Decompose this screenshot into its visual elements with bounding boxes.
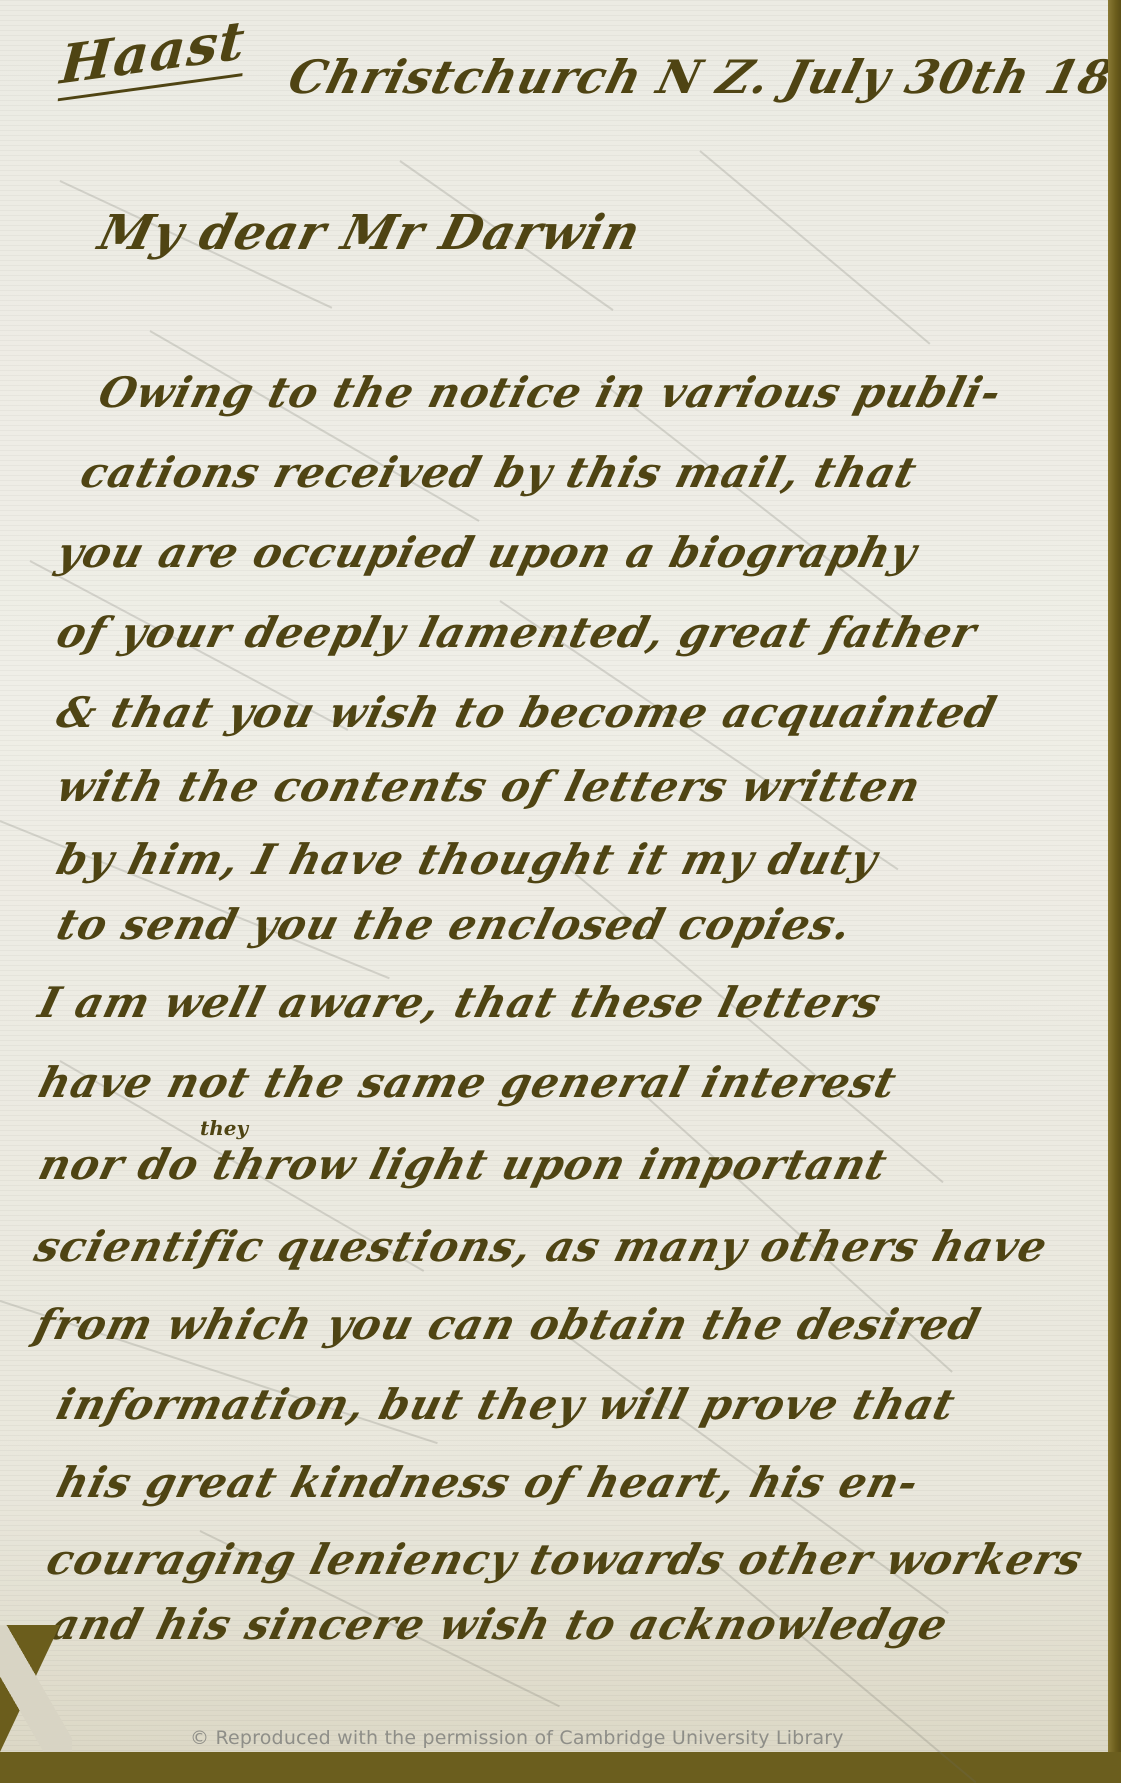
body-line: from which you can obtain the desired bbox=[30, 1300, 986, 1349]
folded-corner-paper bbox=[0, 1625, 72, 1752]
insertion-mark: they bbox=[200, 1116, 248, 1140]
dateline: Christchurch N Z. July 30th 1882 bbox=[283, 50, 1121, 104]
body-line: by him, I have thought it my duty bbox=[52, 835, 883, 884]
copyright-caption: © Reproduced with the permission of Camb… bbox=[190, 1727, 844, 1749]
body-line: scientific questions, as many others hav… bbox=[30, 1222, 1053, 1271]
body-line: nor do throw light upon important bbox=[34, 1140, 893, 1189]
body-line: of your deeply lamented, great father bbox=[52, 608, 982, 657]
body-line: his great kindness of heart, his en- bbox=[52, 1458, 924, 1507]
salutation: My dear Mr Darwin bbox=[93, 205, 647, 261]
body-line: cations received by this mail, that bbox=[76, 448, 922, 497]
reference-name: Haast bbox=[58, 8, 248, 102]
letter-page: Haast Christchurch N Z. July 30th 1882 M… bbox=[0, 0, 1108, 1752]
body-line: to send you the enclosed copies. bbox=[52, 900, 857, 949]
body-line: couraging leniency towards other workers bbox=[42, 1535, 1088, 1584]
page-edge bbox=[1108, 0, 1121, 1752]
body-line: I am well aware, that these letters bbox=[34, 978, 887, 1027]
body-line: you are occupied upon a biography bbox=[52, 528, 922, 577]
body-line: & that you wish to become acquainted bbox=[52, 688, 1002, 737]
body-line: information, but they will prove that bbox=[52, 1380, 961, 1429]
body-line: have not the same general interest bbox=[34, 1058, 902, 1107]
body-line: and his sincere wish to acknowledge bbox=[46, 1600, 953, 1649]
body-line: with the contents of letters written bbox=[52, 762, 926, 811]
body-line: Owing to the notice in various publi- bbox=[94, 368, 1007, 417]
